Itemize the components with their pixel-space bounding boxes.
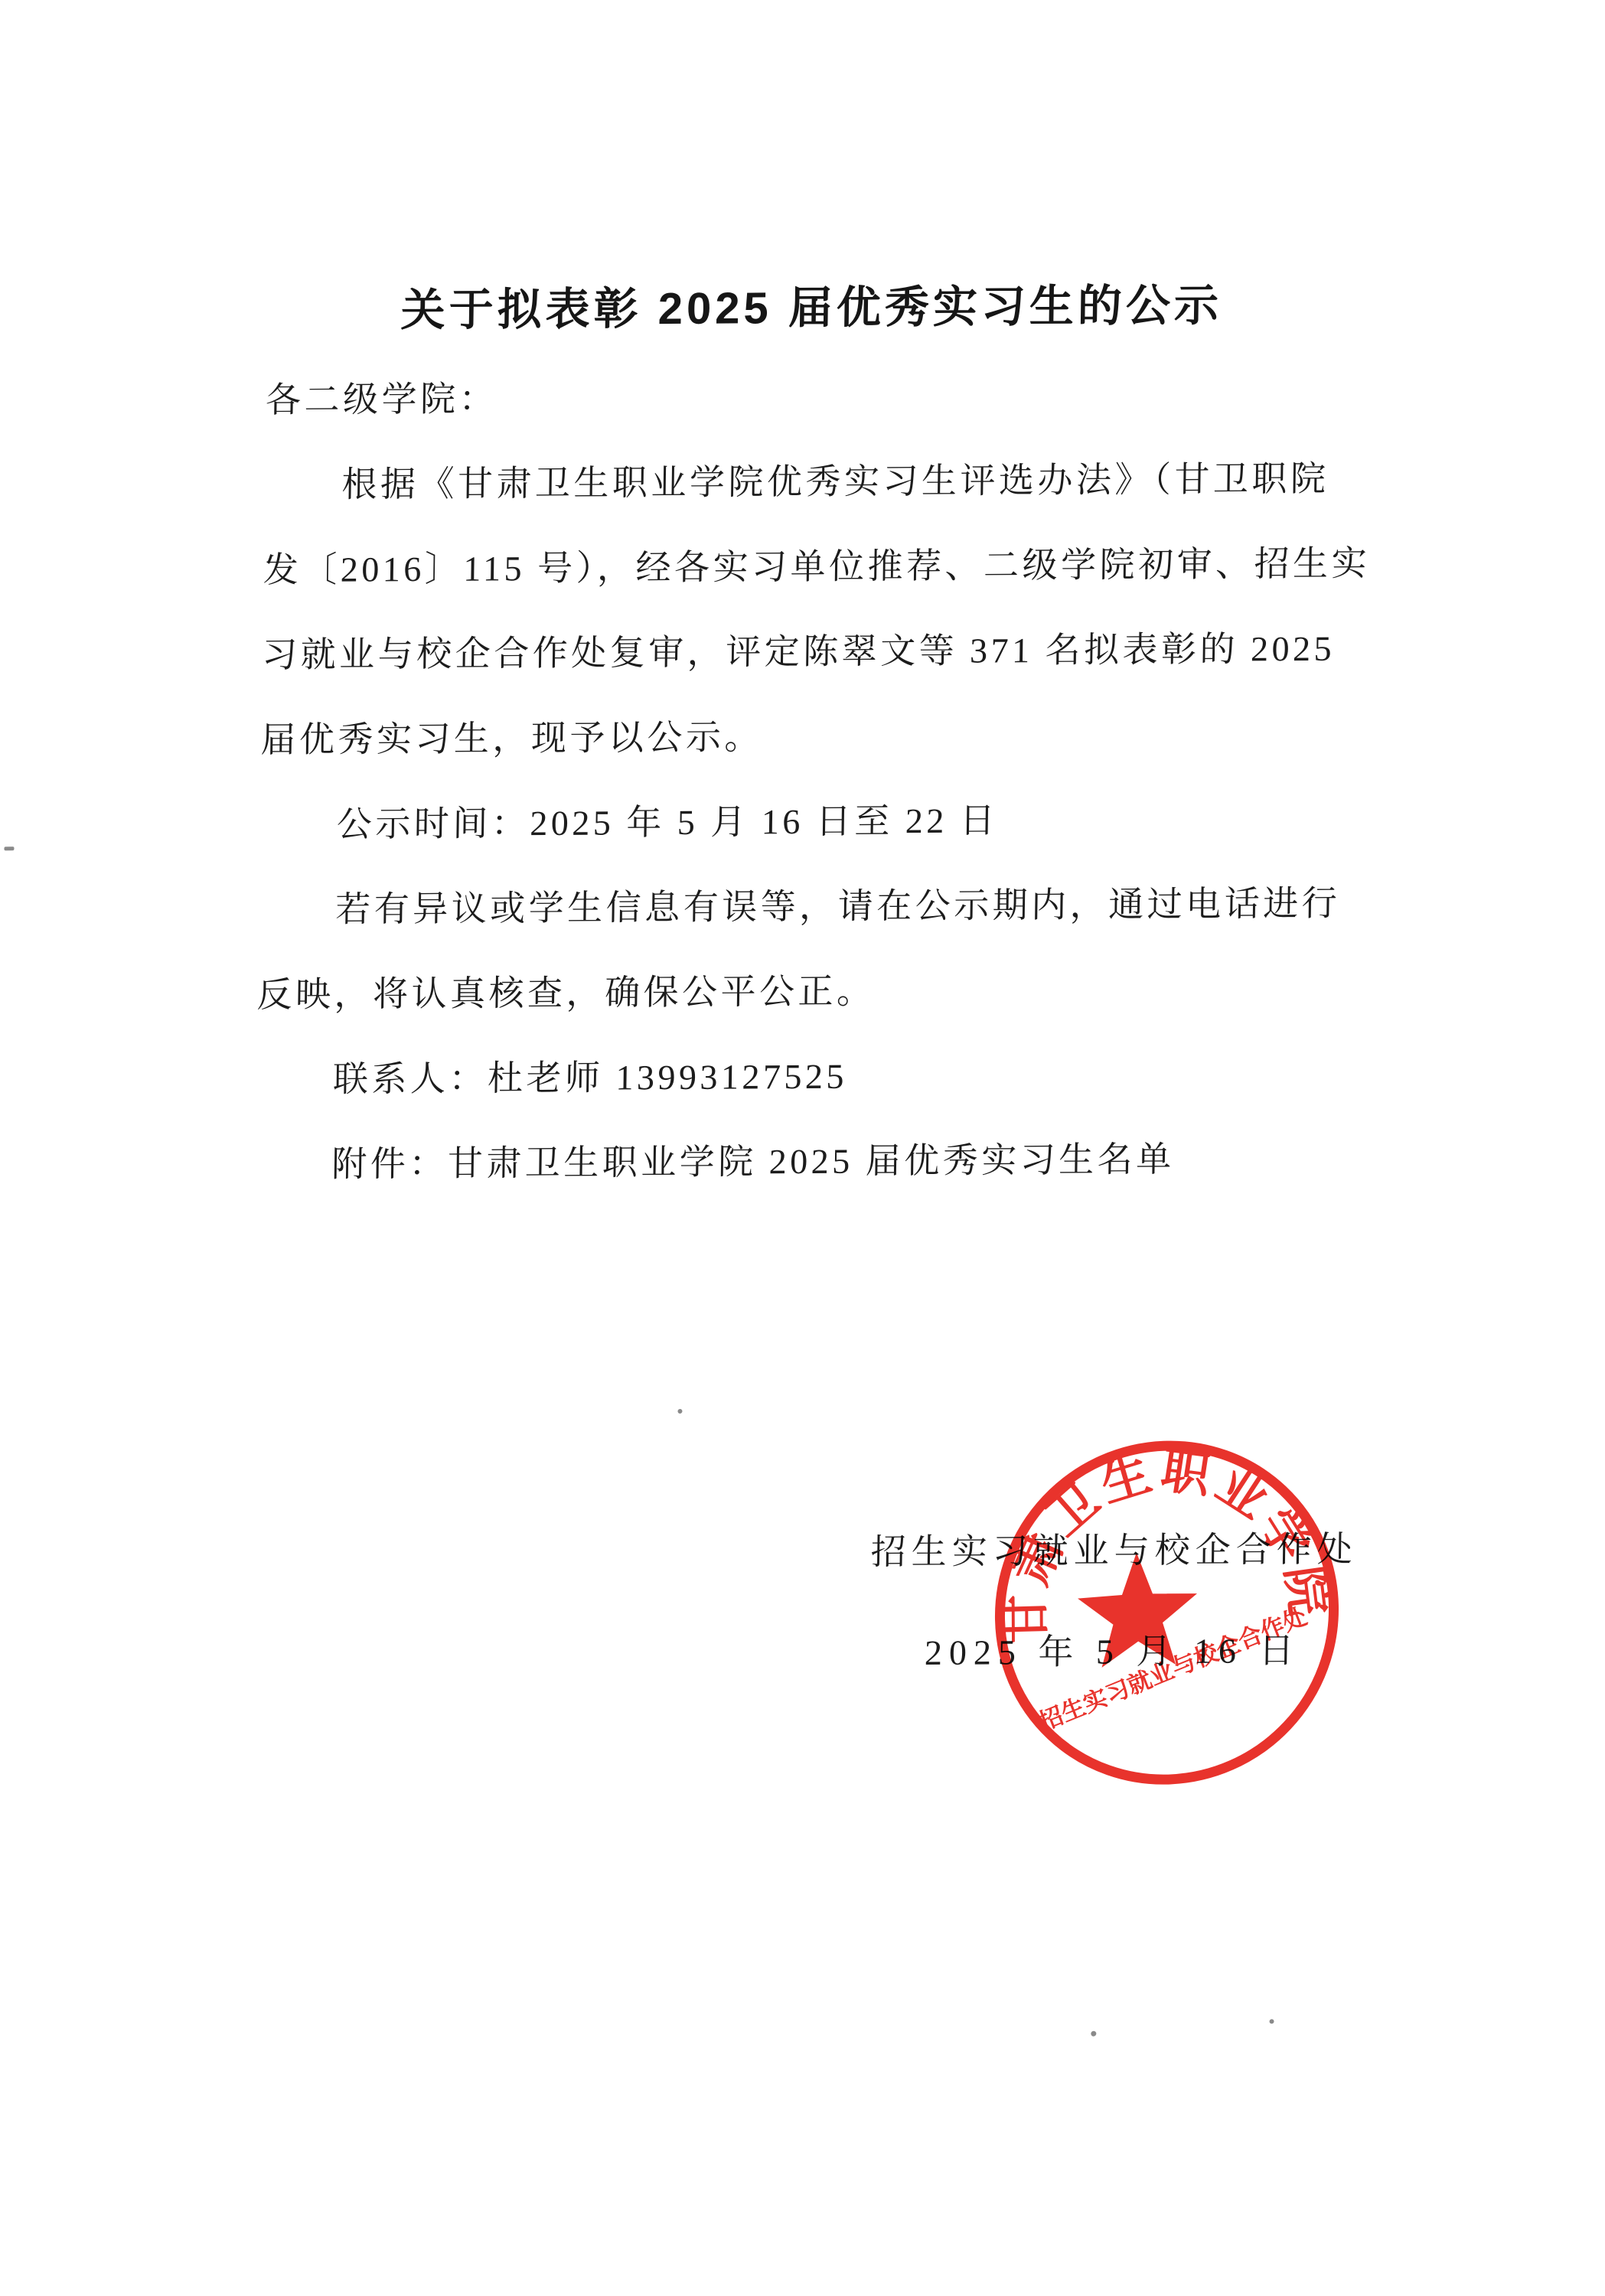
scan-speck	[677, 1409, 682, 1414]
seal-banner-text: 招生实习就业与校企合作处	[1036, 1603, 1311, 1736]
doc-line: 根据《甘肃卫生职业学院优秀实习生评选办法》（甘卫职院	[264, 456, 1475, 507]
doc-line: 届优秀实习生，现予以公示。	[260, 711, 1394, 762]
scan-speck	[4, 846, 14, 850]
doc-title: 关于拟表彰 2025 届优秀实习生的公示	[8, 277, 1605, 340]
scan-speck	[1091, 2031, 1096, 2037]
doc-line-public-period: 公示时间：2025 年 5 月 16 日至 22 日	[259, 796, 1470, 847]
doc-line-contact: 联系人：杜老师 13993127525	[256, 1051, 1466, 1102]
official-seal: 甘肃卫生职业学院 招生实习就业与校企合作处	[971, 1414, 1362, 1812]
scanned-content: 关于拟表彰 2025 届优秀实习生的公示 各二级学院： 根据《甘肃卫生职业学院优…	[0, 0, 1605, 2296]
doc-line: 习就业与校企合作处复审，评定陈翠文等 371 名拟表彰的 2025	[262, 626, 1395, 677]
scan-speck	[1270, 2019, 1274, 2024]
doc-line: 发〔2016〕115 号），经各实习单位推荐、二级学院初审、招生实	[263, 541, 1396, 592]
seal-star	[1077, 1551, 1199, 1669]
document-page: 关于拟表彰 2025 届优秀实习生的公示 各二级学院： 根据《甘肃卫生职业学院优…	[0, 0, 1605, 2296]
doc-line-salutation: 各二级学院：	[266, 371, 1399, 422]
doc-line: 反映，将认真核查，确保公平公正。	[256, 966, 1390, 1017]
doc-line: 若有异议或学生信息有误等，请在公示期内，通过电话进行	[258, 881, 1469, 932]
doc-line-attachment: 附件：甘肃卫生职业学院 2025 届优秀实习生名单	[254, 1136, 1465, 1187]
